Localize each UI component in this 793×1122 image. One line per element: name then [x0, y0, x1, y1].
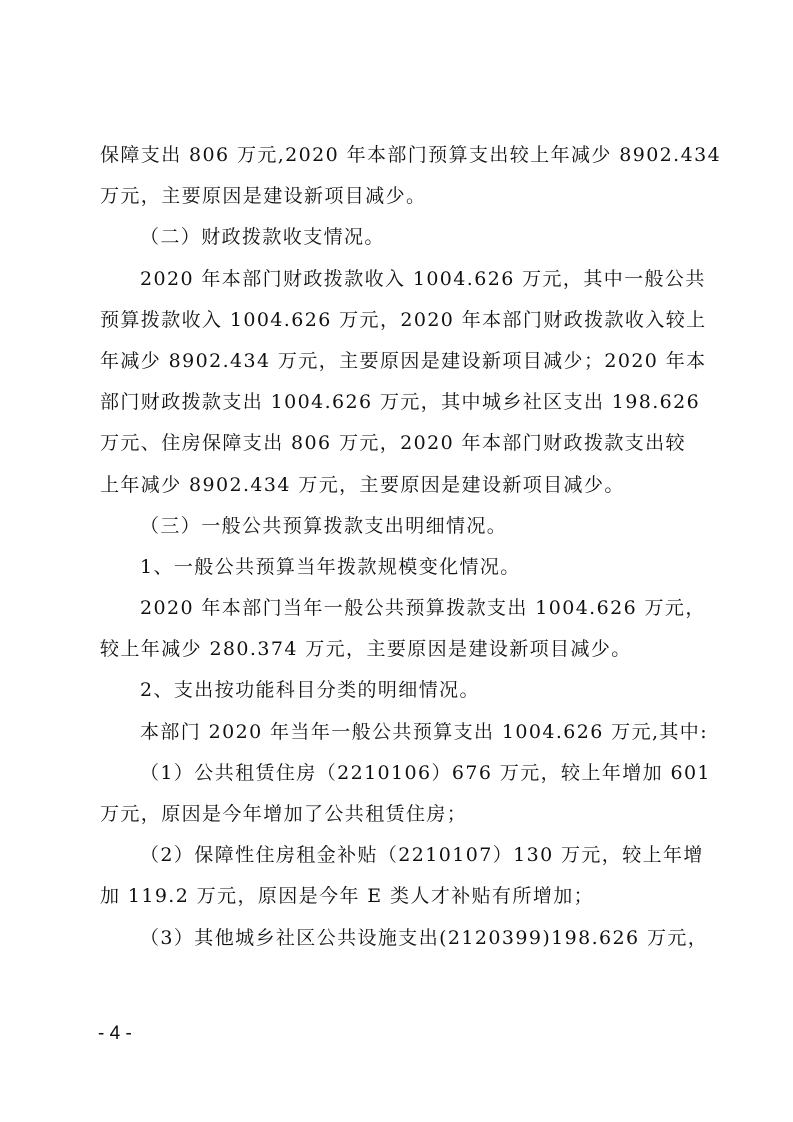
- text-line: 加 119.2 万元，原因是今年 E 类人才补贴有所增加；: [100, 876, 700, 917]
- text-line: 2020 年本部门当年一般公共预算拨款支出 1004.626 万元，: [100, 588, 700, 629]
- list-item-2: （2）保障性住房租金补贴（2210107）130 万元，较上年增: [100, 835, 700, 876]
- text-line: 本部门 2020 年当年一般公共预算支出 1004.626 万元,其中:: [100, 712, 700, 753]
- subsection-heading-1: 1、一般公共预算当年拨款规模变化情况。: [100, 547, 700, 588]
- section-heading-2: （二）财政拨款收支情况。: [100, 217, 700, 258]
- subsection-heading-2: 2、支出按功能科目分类的明细情况。: [100, 670, 700, 711]
- list-item-1: （1）公共租赁住房（2210106）676 万元，较上年增加 601: [100, 753, 700, 794]
- text-line: 万元，主要原因是建设新项目减少。: [100, 176, 700, 217]
- text-line: 预算拨款收入 1004.626 万元，2020 年本部门财政拨款收入较上: [100, 300, 700, 341]
- text-line: 万元，原因是今年增加了公共租赁住房；: [100, 794, 700, 835]
- text-line: 万元、住房保障支出 806 万元，2020 年本部门财政拨款支出较: [100, 423, 700, 464]
- document-body: 保障支出 806 万元,2020 年本部门预算支出较上年减少 8902.434 …: [100, 135, 700, 959]
- document-page: 保障支出 806 万元,2020 年本部门预算支出较上年减少 8902.434 …: [0, 0, 793, 1122]
- text-line: 保障支出 806 万元,2020 年本部门预算支出较上年减少 8902.434: [100, 135, 700, 176]
- text-line: 较上年减少 280.374 万元，主要原因是建设新项目减少。: [100, 629, 700, 670]
- section-heading-3: （三）一般公共预算拨款支出明细情况。: [100, 506, 700, 547]
- text-line: 2020 年本部门财政拨款收入 1004.626 万元，其中一般公共: [100, 259, 700, 300]
- text-line: 部门财政拨款支出 1004.626 万元，其中城乡社区支出 198.626: [100, 382, 700, 423]
- text-line: 年减少 8902.434 万元，主要原因是建设新项目减少；2020 年本: [100, 341, 700, 382]
- list-item-3: （3）其他城乡社区公共设施支出(2120399)198.626 万元，: [100, 918, 700, 959]
- page-number: - 4 -: [98, 1023, 132, 1045]
- text-line: 上年减少 8902.434 万元，主要原因是建设新项目减少。: [100, 465, 700, 506]
